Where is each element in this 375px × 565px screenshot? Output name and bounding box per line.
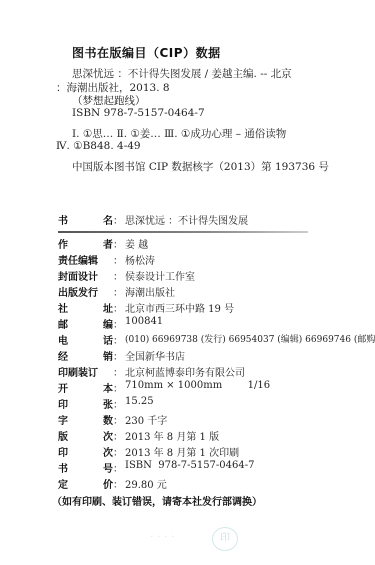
info-row-printing: 印次 ： 2013 年 8 月第 1 次印刷 — [58, 444, 239, 459]
info-row-author: 作者 ： 姜 越 — [58, 236, 148, 251]
cip-record-number: 中国版本图书馆 CIP 数据核字（2013）第 193736 号 — [72, 159, 329, 174]
cip-heading: 图书在版编目（CIP）数据 — [72, 44, 221, 61]
book-title: 思深忧远 ：不计得失图发展 — [125, 212, 248, 227]
info-row-price: 定价 ： 29.80 元 — [58, 476, 167, 491]
replacement-notice: （如有印刷、装订错误，请寄本社发行部调换） — [52, 493, 262, 508]
info-row-printer: 印刷装订 ： 北京柯蓝博泰印务有限公司 — [58, 364, 245, 379]
info-row-publisher: 出版发行 ： 海潮出版社 — [58, 284, 175, 299]
cip-series-line: （梦想起跑线） — [72, 93, 146, 108]
info-row-phone: 电话 ： (010) 66969738 (发行) 66954037 (编辑) 6… — [58, 332, 375, 347]
info-row-editor: 责任编辑 ： 杨松涛 — [58, 252, 155, 267]
info-row-word-count: 字数 ： 230 千字 — [58, 412, 167, 427]
info-row-distributor: 经销 ： 全国新华书店 — [58, 348, 185, 363]
cip-title-line: 思深忧远 ：不计得失图发展 / 姜越主编. -- 北京 — [72, 66, 292, 81]
stamp-icon: 印 — [212, 527, 238, 551]
cip-classification-line-2: Ⅳ. ①B848. 4-49 — [56, 140, 141, 152]
cip-classification-line: Ⅰ. ①思… Ⅱ. ①姜… Ⅲ. ①成功心理 – 通俗读物 — [72, 126, 286, 141]
info-row-edition: 版次 ： 2013 年 8 月第 1 版 — [58, 428, 219, 443]
info-row-sheets: 印张 ： 15.25 — [58, 396, 154, 411]
divider-line — [58, 231, 308, 233]
copyright-page: 图书在版编目（CIP）数据 思深忧远 ：不计得失图发展 / 姜越主编. -- 北… — [0, 0, 375, 565]
info-row-address: 社址 ： 北京市西三环中路 19 号 — [58, 300, 234, 315]
info-row-title: 书名 ： 思深忧远 ：不计得失图发展 — [58, 212, 248, 227]
info-row-postcode: 邮编 ： 100841 — [58, 316, 163, 331]
cip-isbn-line: ISBN 978-7-5157-0464-7 — [72, 107, 205, 119]
info-row-format: 开本 ： 710mm × 1000mm 1/16 — [58, 380, 270, 395]
info-row-isbn: 书号 ： ISBN 978-7-5157-0464-7 — [58, 460, 254, 475]
author: 姜 越 — [125, 236, 148, 251]
info-row-cover-design: 封面设计 ： 侯泰设计工作室 — [58, 268, 195, 283]
